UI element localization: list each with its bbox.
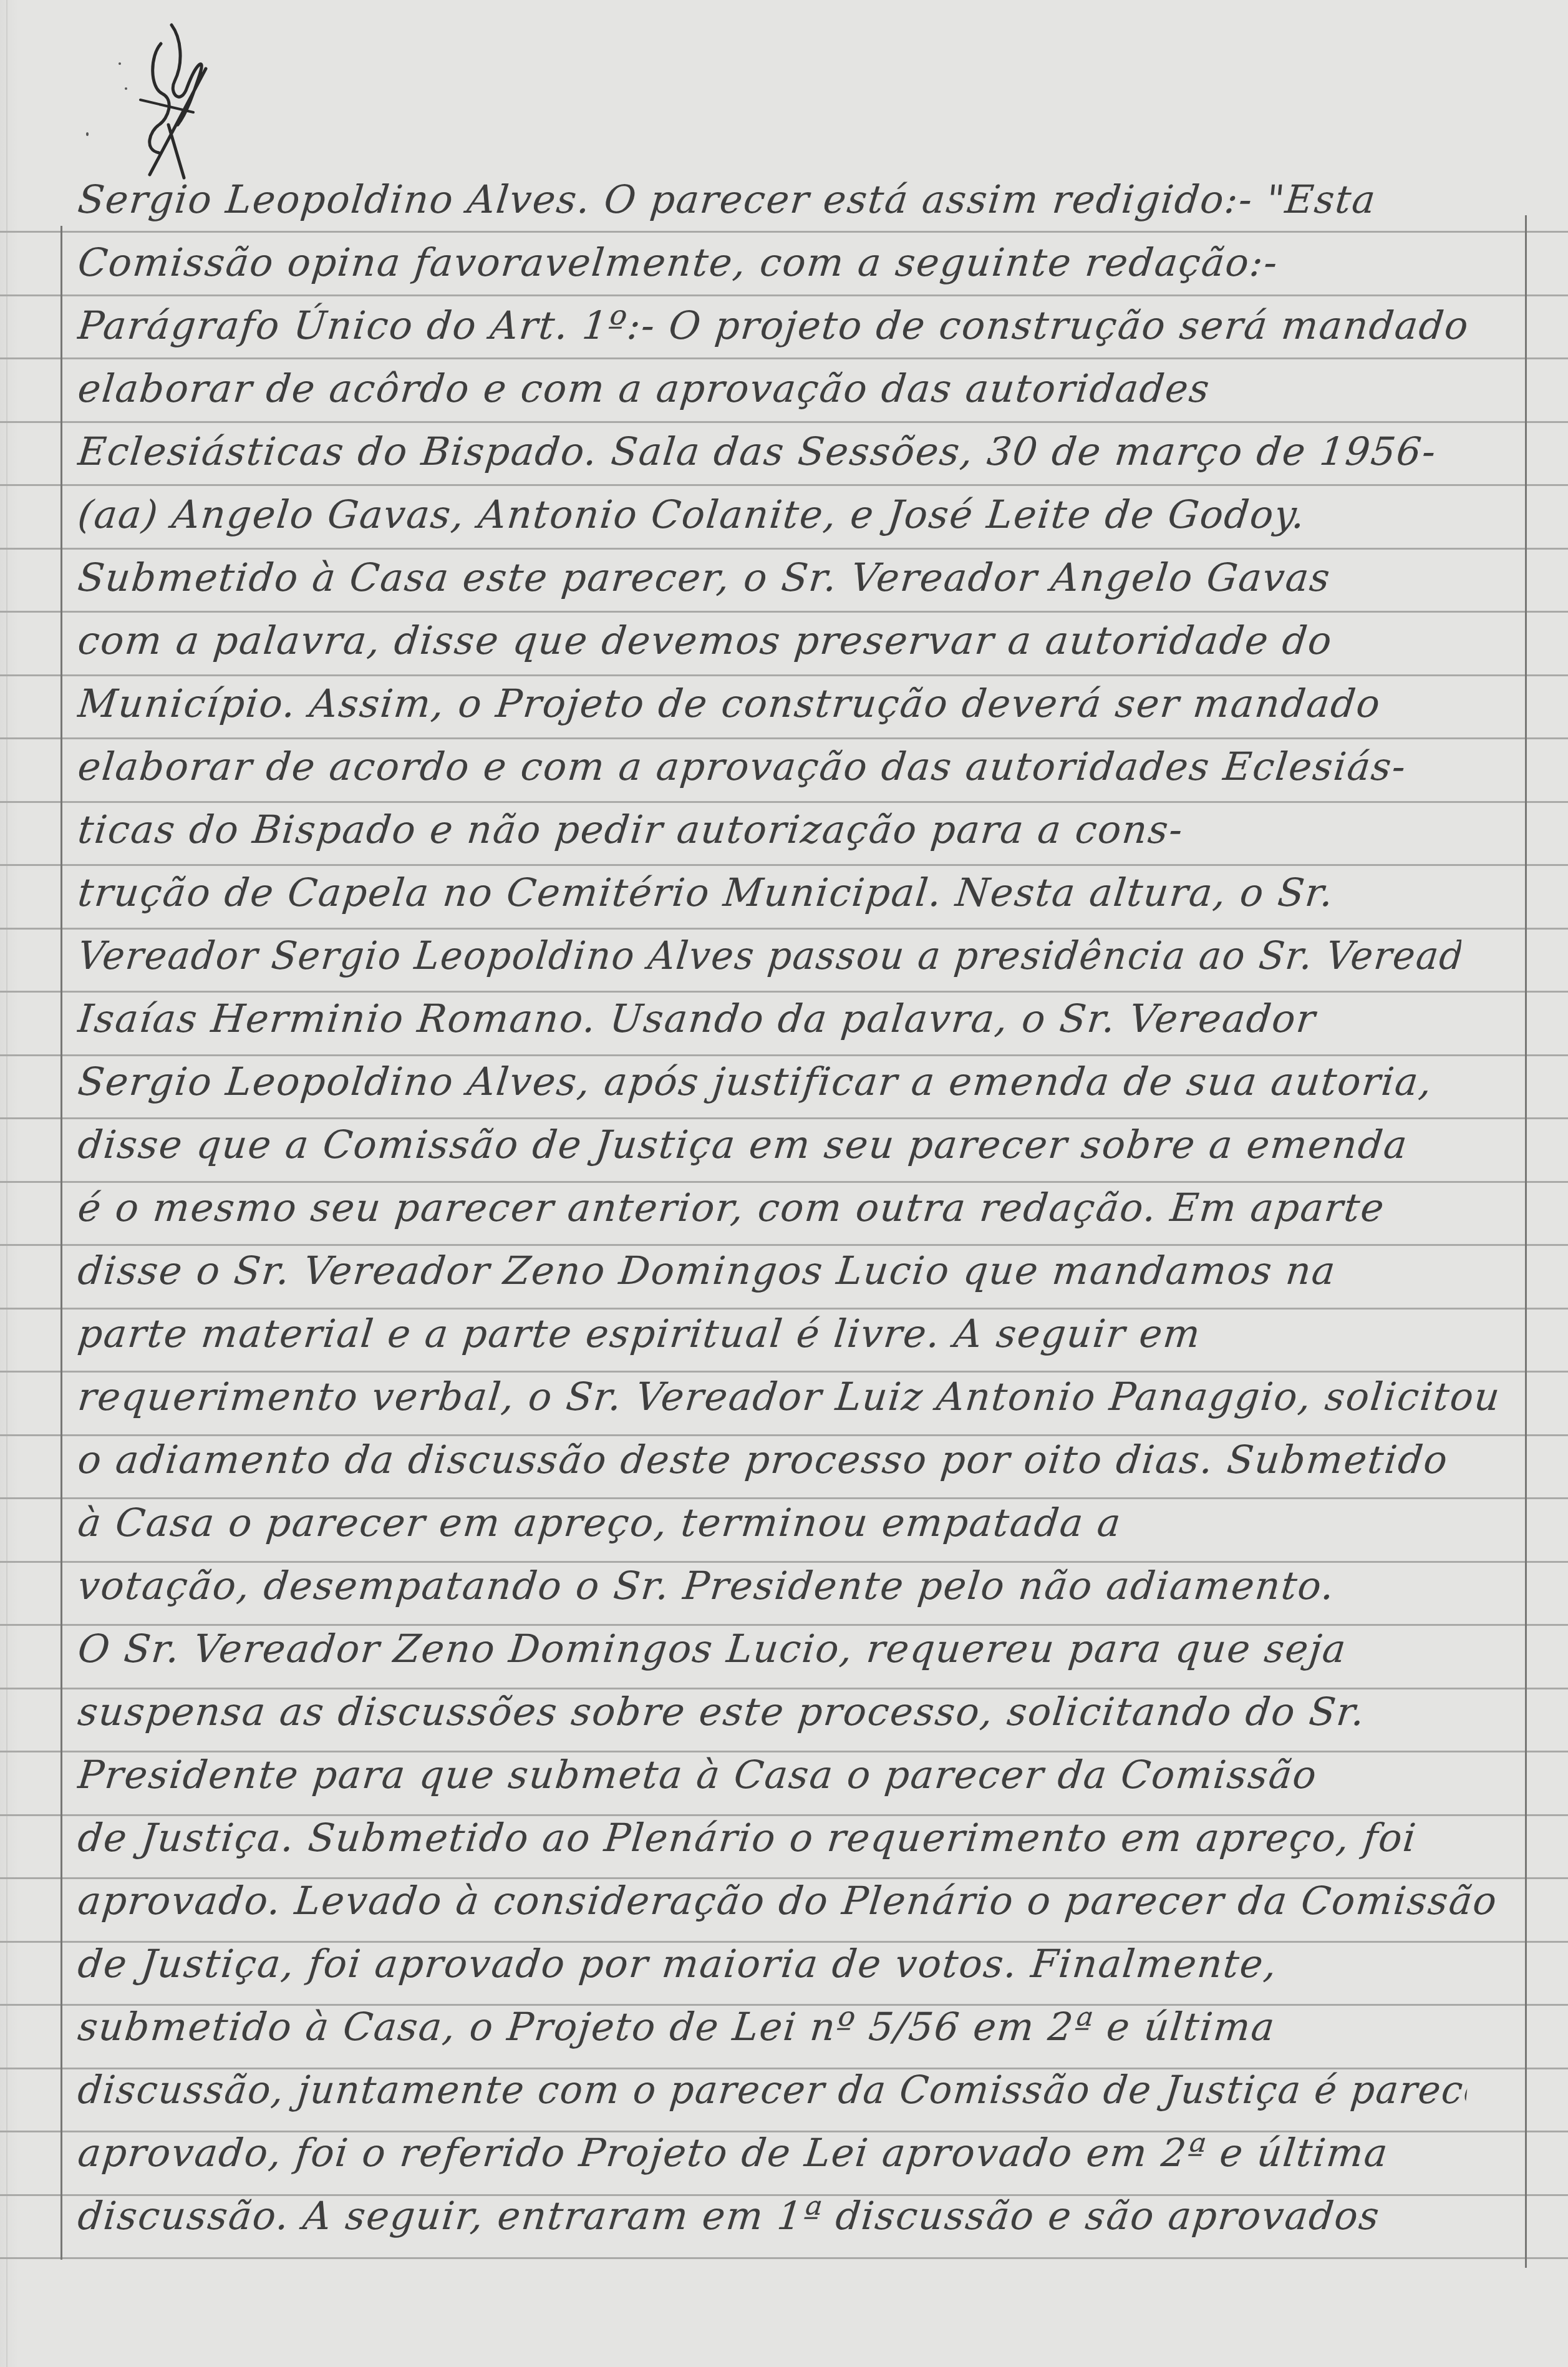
handwritten-line: suspensa as discussões sobre este proces…: [75, 1680, 1509, 1743]
right-margin-line: [1525, 215, 1527, 2268]
handwritten-line: aprovado, foi o referido Projeto de Lei …: [75, 2121, 1509, 2184]
handwritten-line: parte material e a parte espiritual é li…: [75, 1302, 1509, 1365]
handwritten-line: Submetido à Casa este parecer, o Sr. Ver…: [75, 546, 1509, 609]
handwritten-line: Presidente para que submeta à Casa o par…: [75, 1743, 1509, 1806]
handwritten-line: (aa) Angelo Gavas, Antonio Colanite, e J…: [75, 483, 1509, 546]
handwritten-line: com a palavra, disse que devemos preserv…: [75, 609, 1509, 672]
handwritten-line: elaborar de acordo e com a aprovação das…: [75, 735, 1509, 798]
paper-speck: [86, 132, 89, 136]
handwritten-line: ticas do Bispado e não pedir autorização…: [75, 798, 1509, 861]
paper-speck: [119, 62, 121, 65]
handwritten-line: à Casa o parecer em apreço, terminou emp…: [75, 1491, 1509, 1554]
handwritten-line: aprovado. Levado à consideração do Plená…: [75, 1869, 1509, 1932]
handwritten-line: o adiamento da discussão deste processo …: [75, 1428, 1509, 1491]
handwritten-line: O Sr. Vereador Zeno Domingos Lucio, requ…: [75, 1617, 1509, 1680]
handwritten-line: submetido à Casa, o Projeto de Lei nº 5/…: [75, 1995, 1509, 2058]
handwritten-line: trução de Capela no Cemitério Municipal.…: [75, 861, 1509, 924]
handwritten-line: discussão, juntamente com o parecer da C…: [75, 2058, 1470, 2121]
handwritten-line: elaborar de acôrdo e com a aprovação das…: [75, 357, 1509, 420]
handwritten-line: Eclesiásticas do Bispado. Sala das Sessõ…: [75, 420, 1509, 483]
handwritten-line: Parágrafo Único do Art. 1º:- O projeto d…: [75, 294, 1509, 357]
handwritten-minutes-text: Sergio Leopoldino Alves. O parecer está …: [75, 168, 1516, 2247]
handwritten-line: requerimento verbal, o Sr. Vereador Luiz…: [75, 1365, 1509, 1428]
handwritten-line: Comissão opina favoravelmente, com a seg…: [75, 231, 1509, 294]
handwritten-line: Município. Assim, o Projeto de construçã…: [75, 672, 1509, 735]
handwritten-line: é o mesmo seu parecer anterior, com outr…: [75, 1176, 1509, 1239]
handwritten-line: votação, desempatando o Sr. Presidente p…: [75, 1554, 1509, 1617]
notebook-page: SAC Sergio Leopoldino Alves. O parecer e…: [0, 0, 1568, 2367]
handwritten-line: disse o Sr. Vereador Zeno Domingos Lucio…: [75, 1239, 1509, 1302]
paper-speck: [125, 87, 127, 90]
handwritten-line: Sergio Leopoldino Alves. O parecer está …: [75, 168, 1509, 231]
handwritten-line: de Justiça, foi aprovado por maioria de …: [75, 1932, 1509, 1995]
handwritten-line: Isaías Herminio Romano. Usando da palavr…: [75, 987, 1509, 1050]
handwritten-line: de Justiça. Submetido ao Plenário o requ…: [75, 1806, 1509, 1869]
handwritten-line: discussão. A seguir, entraram em 1ª disc…: [75, 2184, 1509, 2247]
handwritten-line: disse que a Comissão de Justiça em seu p…: [75, 1113, 1509, 1176]
left-margin-line: [60, 226, 62, 2260]
handwritten-line: Sergio Leopoldino Alves, após justificar…: [75, 1050, 1509, 1113]
handwritten-line: Vereador Sergio Leopoldino Alves passou …: [75, 924, 1463, 987]
ruled-line: [0, 2257, 1568, 2259]
page-binding-edge: [6, 0, 7, 2367]
